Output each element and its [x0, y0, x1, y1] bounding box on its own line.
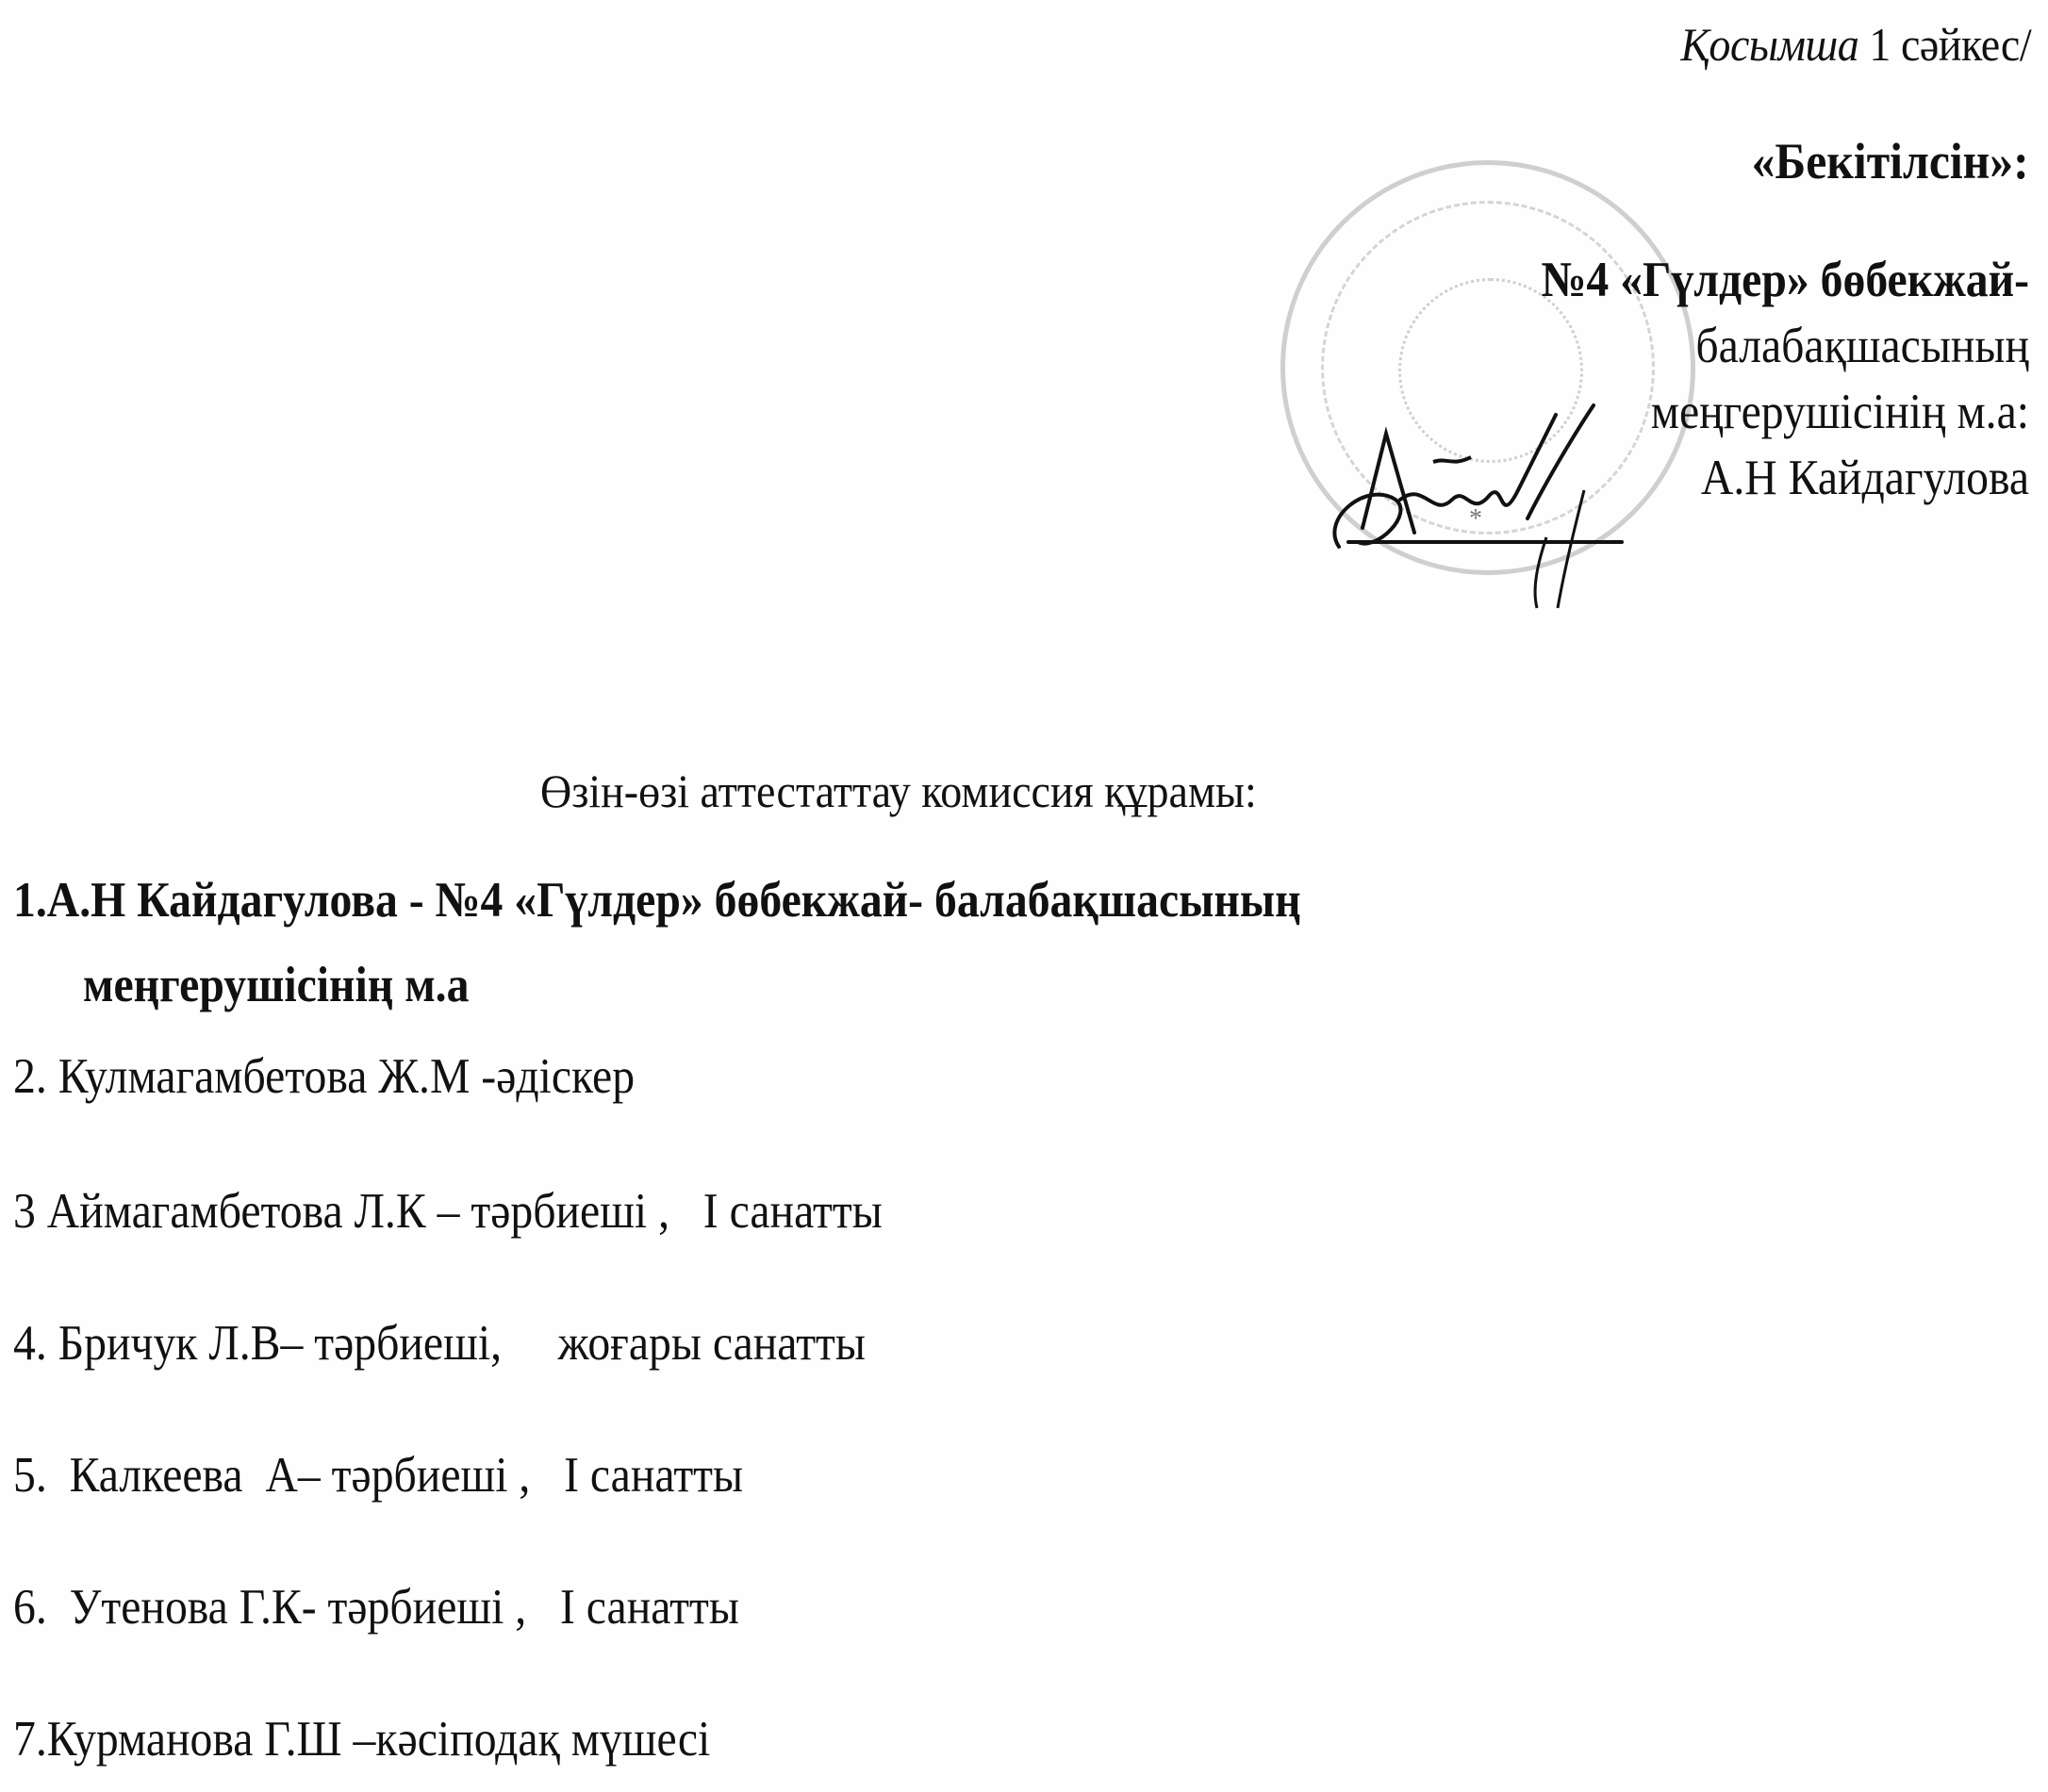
member-number: 7. [13, 1712, 47, 1767]
approval-heading: «Бекітілсін»: [1752, 132, 2029, 190]
annex-number: 1 сәйкес/ [1858, 18, 2031, 71]
member-text: Кулмагамбетова Ж.М -әдіскер [58, 1049, 635, 1104]
member-item-7: 7.Курманова Г.Ш –кәсіподақ мүшесі [13, 1711, 710, 1767]
member-text: Аймагамбетова Л.К – тәрбиеші , I санатты [47, 1184, 883, 1239]
member-number: 4. [13, 1316, 58, 1371]
member-number: 3 [13, 1184, 47, 1239]
member-item-1-continuation: меңгерушісінің м.а [83, 957, 469, 1013]
member-item-6: 6. Утенова Г.К- тәрбиеші , I санатты [13, 1579, 739, 1636]
approver-block: №4 «Гүлдер» бөбекжай- балабақшасының мең… [1541, 247, 2029, 511]
member-number: 6. [13, 1580, 70, 1635]
annex-label: Қосымша [1680, 18, 1858, 71]
document-title: Өзін-өзі аттестаттау комиссия құрамы: [43, 764, 1927, 818]
member-text: А.Н Кайдагулова - №4 «Гүлдер» бөбекжай- … [47, 873, 1301, 928]
star-icon: * [1469, 504, 1482, 534]
member-item-5: 5. Калкеева А– тәрбиеші , I санатты [13, 1447, 743, 1504]
approver-org-line2: балабақшасының [1541, 313, 2029, 379]
member-number: 5. [13, 1448, 70, 1503]
member-item-1: 1.А.Н Кайдагулова - №4 «Гүлдер» бөбекжай… [13, 872, 1301, 929]
approver-name: А.Н Кайдагулова [1541, 445, 2029, 511]
member-text: Калкеева А– тәрбиеші , I санатты [70, 1448, 743, 1503]
member-item-3: 3 Аймагамбетова Л.К – тәрбиеші , I санат… [13, 1183, 883, 1240]
member-item-2: 2. Кулмагамбетова Ж.М -әдіскер [13, 1048, 635, 1105]
member-text: Курманова Г.Ш –кәсіподақ мүшесі [47, 1712, 710, 1767]
member-text: Утенова Г.К- тәрбиеші , I санатты [70, 1580, 739, 1635]
approver-org-line1: №4 «Гүлдер» бөбекжай- [1541, 247, 2029, 313]
member-number: 2. [13, 1049, 58, 1104]
scanned-document-page: Қосымша 1 сәйкес/ «Бекітілсін»: * №4 «Гү… [0, 0, 2048, 1792]
member-text: Бричук Л.В– тәрбиеші, жоғары санатты [58, 1316, 866, 1371]
member-item-4: 4. Бричук Л.В– тәрбиеші, жоғары санатты [13, 1315, 866, 1372]
member-number: 1. [13, 873, 47, 928]
annex-reference: Қосымша 1 сәйкес/ [1680, 17, 2031, 72]
approver-position: меңгерушісінің м.а: [1541, 379, 2029, 445]
